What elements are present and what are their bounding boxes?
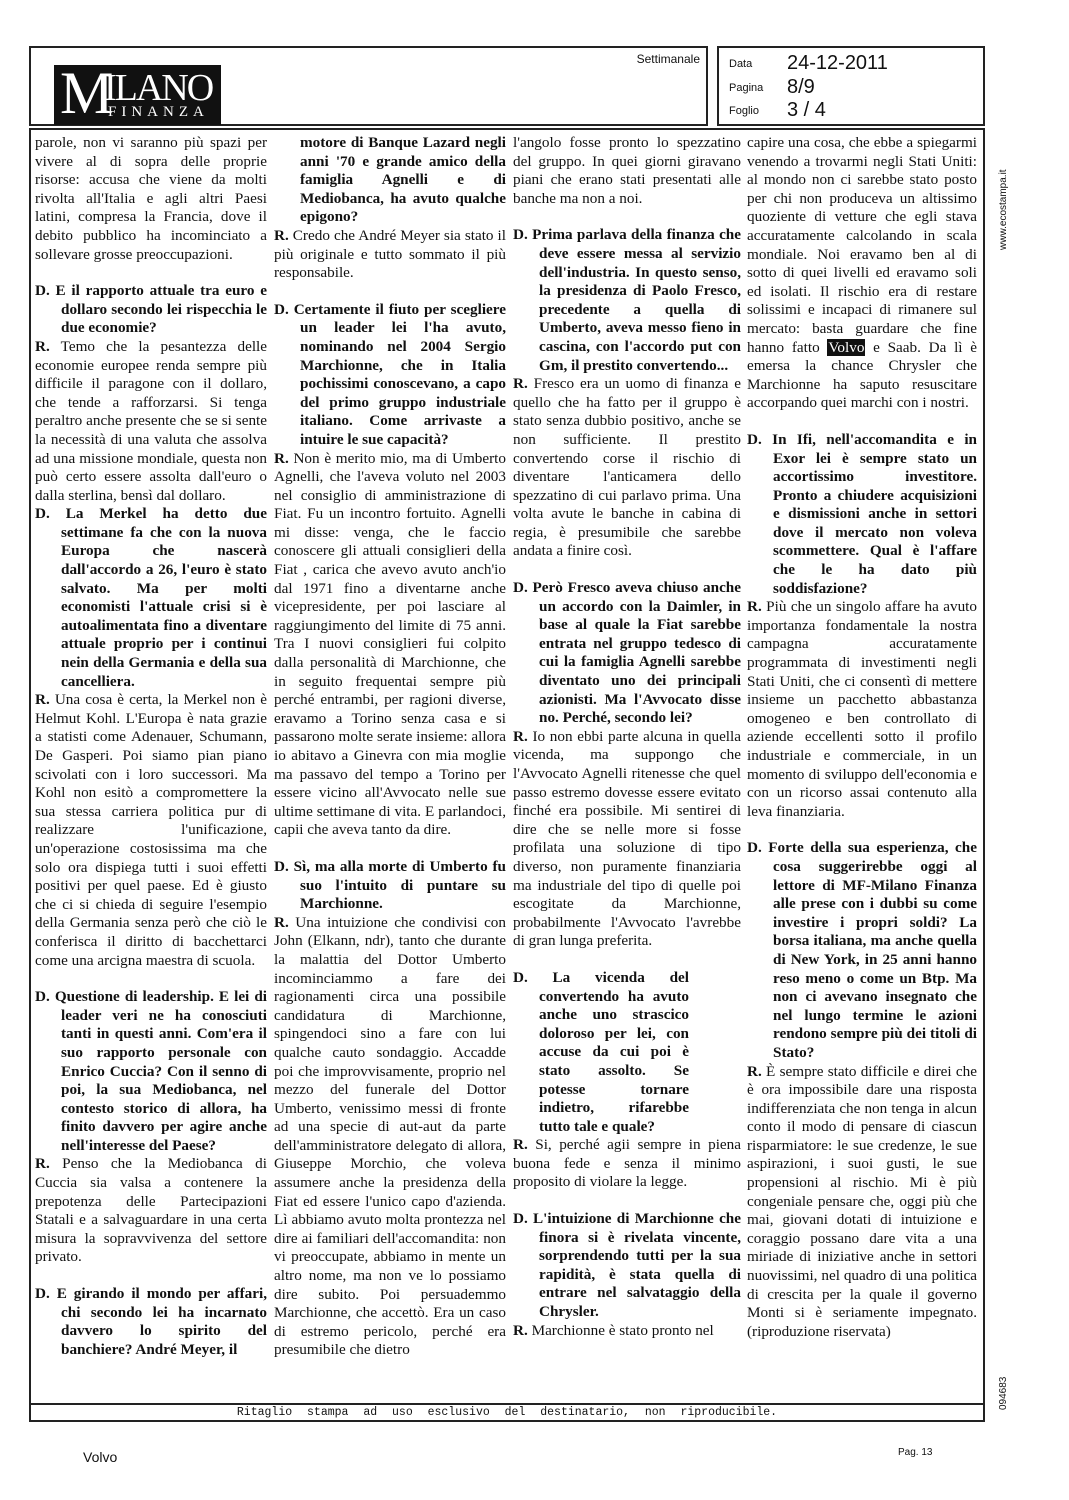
interview-question: D. Però Fresco aveva chiuso anche un acc… [513,579,741,728]
answer-label: R. [747,598,762,615]
question-text: D. E il rapporto attuale tra euro e doll… [35,282,267,336]
interview-question: D. Prima parlava della finanza che deve … [513,226,741,375]
side-url: www.ecostampa.it [998,169,1009,250]
logo-ilano: ILANO [104,69,212,107]
answer-text: Marchionne è stato pronto nel [528,1322,714,1339]
answer-text: Si, perché agii sempre in piena buona fe… [513,1136,741,1190]
paragraph-gap [274,283,506,301]
interview-question: D. Questione di leadership. E lei di lea… [35,988,267,1155]
question-text: D. Sì, ma alla morte di Umberto fu suo l… [274,858,506,912]
keyword-highlight: Volvo [827,339,865,356]
meta-page: Pagina8/9 [729,76,815,99]
question-text: D. Prima parlava della finanza che deve … [513,226,741,373]
answer-text: l'angolo fosse pronto lo spezzatino del … [513,134,741,207]
article-column-3: l'angolo fosse pronto lo spezzatino del … [513,134,741,1340]
interview-answer: R. Marchionne è stato pronto nel [513,1322,741,1341]
article-body: parole, non vi saranno più spazi per viv… [29,128,985,1422]
interview-answer: capire una cosa, che ebbe a spiegarmi ve… [747,134,977,413]
answer-text: capire una cosa, che ebbe a spiegarmi ve… [747,134,977,356]
answer-text: È sempre stato difficile e direi che è o… [747,1063,977,1340]
milano-finanza-logo: M ILANO FINANZA [54,65,221,125]
keyword-label: Volvo [83,1449,117,1465]
interview-question: D. La vicenda del convertendo ha avuto a… [513,969,689,1136]
paragraph-gap [513,951,741,969]
question-text: D. In Ifi, nell'accomandita e in Exor le… [747,431,977,597]
interview-question: motore di Banque Lazard negli anni '70 e… [274,134,506,227]
paragraph-gap [747,821,977,839]
interview-answer: parole, non vi saranno più spazi per viv… [35,134,267,264]
interview-answer: R. Una cosa è certa, la Merkel non è Hel… [35,691,267,970]
interview-question: D. L'intuizione di Marchionne che finora… [513,1210,741,1322]
question-text: D. Però Fresco aveva chiuso anche un acc… [513,579,741,726]
meta-value: 3 / 4 [787,99,826,121]
paragraph-gap [513,1192,741,1210]
article-column-2: motore di Banque Lazard negli anni '70 e… [274,134,506,1360]
interview-answer: R. È sempre stato difficile e direi che … [747,1063,977,1342]
answer-text: Non è merito mio, ma di Umberto Agnelli,… [274,450,506,839]
answer-label: R. [35,691,50,708]
paragraph-gap [513,561,741,579]
article-column-4: capire una cosa, che ebbe a spiegarmi ve… [747,134,977,1341]
answer-text: Più che un singolo affare ha avuto impor… [747,598,977,820]
answer-label: R. [274,227,289,244]
answer-label: R. [513,1322,528,1339]
header-publication-box: M ILANO FINANZA Settimanale [29,46,708,126]
side-code: 094683 [998,1377,1009,1410]
meta-label: Data [729,58,787,70]
meta-label: Pagina [729,82,787,94]
interview-question: D. E girando il mondo per affari, chi se… [35,1285,267,1359]
paragraph-gap [513,208,741,226]
answer-text: parole, non vi saranno più spazi per viv… [35,134,267,263]
answer-label: R. [513,375,528,392]
paragraph-gap [35,970,267,988]
answer-label: R. [747,1063,762,1080]
question-text: D. La Merkel ha detto due settimane fa c… [35,505,267,689]
answer-label: R. [274,914,289,931]
question-text: D. Certamente il fiuto per scegliere un … [274,301,506,448]
answer-label: R. [35,338,50,355]
copyright-notice: Ritaglio stampa ad uso esclusivo del des… [29,1403,985,1422]
question-text: D. E girando il mondo per affari, chi se… [35,1285,267,1358]
paragraph-gap [747,413,977,431]
answer-text: Penso che la Mediobanca di Cuccia sia va… [35,1155,267,1265]
meta-value: 24-12-2011 [787,52,888,74]
answer-label: R. [35,1155,50,1172]
page-number: Pag. 13 [898,1447,932,1458]
question-text: D. Forte della sua esperienza, che cosa … [747,839,977,1061]
logo-finanza: FINANZA [108,105,209,120]
answer-label: R. [513,1136,528,1153]
interview-answer: l'angolo fosse pronto lo spezzatino del … [513,134,741,208]
interview-question: D. Certamente il fiuto per scegliere un … [274,301,506,450]
answer-text: Temo che la pesantezza delle economie eu… [35,338,267,504]
answer-label: R. [513,728,528,745]
interview-answer: R. Temo che la pesantezza delle economie… [35,338,267,505]
meta-label: Foglio [729,105,787,117]
paragraph-gap [274,840,506,858]
interview-answer: R. Io non ebbi parte alcuna in quella vi… [513,728,741,951]
interview-answer: R. Non è merito mio, ma di Umberto Agnel… [274,450,506,840]
meta-value: 8/9 [787,76,815,98]
interview-answer: R. Più che un singolo affare ha avuto im… [747,598,977,821]
interview-answer: R. Penso che la Mediobanca di Cuccia sia… [35,1155,267,1267]
answer-label: R. [274,450,289,467]
question-text: motore di Banque Lazard negli anni '70 e… [300,134,506,225]
answer-text: Io non ebbi parte alcuna in quella vicen… [513,728,741,950]
header-meta-box: Data24-12-2011 Pagina8/9 Foglio3 / 4 [717,46,985,126]
frequency-label: Settimanale [637,52,700,66]
meta-date: Data24-12-2011 [729,52,888,75]
question-text: D. L'intuizione di Marchionne che finora… [513,1210,741,1320]
question-text: D. La vicenda del convertendo ha avuto a… [513,969,689,1135]
interview-answer: R. Credo che André Meyer sia stato il pi… [274,227,506,283]
answer-text: Una intuizione che condivisi con John (E… [274,914,506,1359]
interview-question: D. E il rapporto attuale tra euro e doll… [35,282,267,338]
interview-answer: R. Una intuizione che condivisi con John… [274,914,506,1360]
paragraph-gap [35,1267,267,1285]
interview-question: D. Forte della sua esperienza, che cosa … [747,839,977,1062]
answer-text: Credo che André Meyer sia stato il più o… [274,227,506,281]
question-text: D. Questione di leadership. E lei di lea… [35,988,267,1154]
paragraph-gap [35,264,267,282]
article-column-1: parole, non vi saranno più spazi per viv… [35,134,267,1359]
interview-question: D. Sì, ma alla morte di Umberto fu suo l… [274,858,506,914]
interview-question: D. In Ifi, nell'accomandita e in Exor le… [747,431,977,598]
meta-sheet: Foglio3 / 4 [729,99,826,122]
answer-text: Fresco era un uomo di finanza e quello c… [513,375,741,559]
interview-question: D. La Merkel ha detto due settimane fa c… [35,505,267,691]
interview-answer: R. Si, perché agii sempre in piena buona… [513,1136,741,1192]
interview-answer: R. Fresco era un uomo di finanza e quell… [513,375,741,561]
answer-text: Una cosa è certa, la Merkel non è Helmut… [35,691,267,968]
